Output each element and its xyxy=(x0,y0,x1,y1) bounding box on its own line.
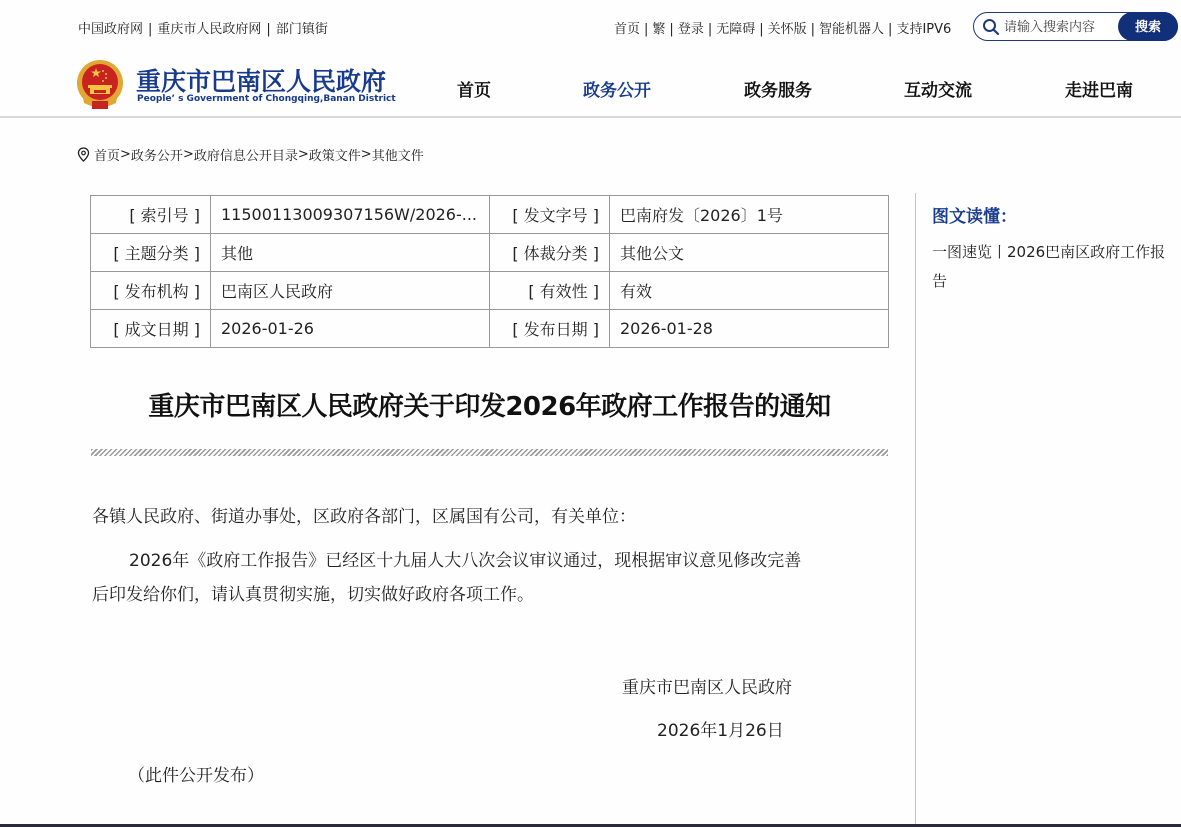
search-box: 搜索 xyxy=(973,12,1178,41)
breadcrumb-separator: > xyxy=(183,147,194,162)
written-date-label: [ 成文日期 ] xyxy=(91,310,211,348)
link-home[interactable]: 首页 xyxy=(614,22,640,37)
breadcrumb-info-catalog[interactable]: 政府信息公开目录 xyxy=(194,145,298,164)
validity-value: 有效 xyxy=(610,272,889,310)
publisher-label: [ 发布机构 ] xyxy=(91,272,211,310)
document-paragraph-line-1: 2026年《政府工作报告》已经区十九届人大八次会议审议通过，现根据审议意见修改完… xyxy=(129,544,801,578)
nav-interaction[interactable]: 互动交流 xyxy=(904,76,972,101)
table-row: [ 成文日期 ] 2026-01-26 [ 发布日期 ] 2026-01-28 xyxy=(91,310,889,348)
table-row: [ 主题分类 ] 其他 [ 体裁分类 ] 其他公文 xyxy=(91,234,889,272)
sidebar-divider xyxy=(915,193,916,827)
publish-date-value: 2026-01-28 xyxy=(610,310,889,348)
document-salutation: 各镇人民政府、街道办事处，区政府各部门，区属国有公司，有关单位： xyxy=(92,500,636,534)
search-input[interactable] xyxy=(1004,17,1114,37)
table-row: [ 发布机构 ] 巴南区人民政府 [ 有效性 ] 有效 xyxy=(91,272,889,310)
document-title: 重庆市巴南区人民政府关于印发2026年政府工作报告的通知 xyxy=(90,386,889,423)
breadcrumb-separator: > xyxy=(361,147,372,162)
separator: | xyxy=(644,22,648,37)
breadcrumb: 首页>政务公开>政府信息公开目录>政策文件>其他文件 xyxy=(77,145,424,164)
document-metadata-table: [ 索引号 ] 11500113009307156W/2026-... [ 发文… xyxy=(90,195,889,348)
written-date-value: 2026-01-26 xyxy=(211,310,490,348)
genre-category-value: 其他公文 xyxy=(610,234,889,272)
doc-number-label: [ 发文字号 ] xyxy=(490,196,610,234)
link-traditional[interactable]: 繁 xyxy=(652,22,665,37)
location-pin-icon xyxy=(77,147,90,162)
external-links: 中国政府网|重庆市人民政府网|部门镇街 xyxy=(78,18,328,37)
nav-gov-affairs-open[interactable]: 政务公开 xyxy=(583,76,651,101)
link-robot[interactable]: 智能机器人 xyxy=(819,22,884,37)
breadcrumb-policy-docs[interactable]: 政策文件 xyxy=(309,145,361,164)
document-paragraph-line-2: 后印发给你们，请认真贯彻实施，切实做好政府各项工作。 xyxy=(92,578,534,612)
separator: | xyxy=(888,22,892,37)
table-row: [ 索引号 ] 11500113009307156W/2026-... [ 发文… xyxy=(91,196,889,234)
separator: | xyxy=(811,22,815,37)
hatched-divider xyxy=(91,449,888,456)
link-elderly-mode[interactable]: 关怀版 xyxy=(768,22,807,37)
breadcrumb-gov-open[interactable]: 政务公开 xyxy=(131,145,183,164)
breadcrumb-separator: > xyxy=(120,147,131,162)
breadcrumb-other-docs[interactable]: 其他文件 xyxy=(372,145,424,164)
publisher-value: 巴南区人民政府 xyxy=(211,272,490,310)
search-button[interactable]: 搜索 xyxy=(1118,12,1178,41)
publication-note: （此件公开发布） xyxy=(128,761,264,786)
separator: | xyxy=(708,22,712,37)
nav-home[interactable]: 首页 xyxy=(457,76,491,101)
document-date: 2026年1月26日 xyxy=(657,716,784,741)
link-accessibility[interactable]: 无障碍 xyxy=(716,22,755,37)
genre-category-label: [ 体裁分类 ] xyxy=(490,234,610,272)
national-emblem-icon[interactable] xyxy=(76,59,124,111)
breadcrumb-home[interactable]: 首页 xyxy=(94,145,120,164)
site-subtitle: People’ s Government of Chongqing,Banan … xyxy=(137,94,396,104)
validity-label: [ 有效性 ] xyxy=(490,272,610,310)
search-icon xyxy=(982,18,1000,36)
site-header: 重庆市巴南区人民政府 People’ s Government of Chong… xyxy=(0,52,1181,118)
separator: | xyxy=(669,22,673,37)
top-bar: 中国政府网|重庆市人民政府网|部门镇街 首页|繁|登录|无障碍|关怀版|智能机器… xyxy=(0,0,1181,52)
publish-date-label: [ 发布日期 ] xyxy=(490,310,610,348)
sidebar-link-infographic[interactable]: 一图速览丨2026巴南区政府工作报告 xyxy=(932,238,1172,296)
link-departments[interactable]: 部门镇街 xyxy=(276,22,328,37)
site-title[interactable]: 重庆市巴南区人民政府 xyxy=(136,62,386,98)
separator: | xyxy=(759,22,763,37)
link-china-gov[interactable]: 中国政府网 xyxy=(78,22,143,37)
link-chongqing-gov[interactable]: 重庆市人民政府网 xyxy=(157,22,261,37)
document-signature: 重庆市巴南区人民政府 xyxy=(622,673,792,698)
nav-gov-services[interactable]: 政务服务 xyxy=(744,76,812,101)
utility-links: 首页|繁|登录|无障碍|关怀版|智能机器人|支持IPV6 xyxy=(614,18,951,37)
nav-about-banan[interactable]: 走进巴南 xyxy=(1065,76,1133,101)
link-login[interactable]: 登录 xyxy=(678,22,704,37)
topic-category-label: [ 主题分类 ] xyxy=(91,234,211,272)
separator: | xyxy=(148,22,152,37)
doc-number-value: 巴南府发〔2026〕1号 xyxy=(610,196,889,234)
separator: | xyxy=(266,22,270,37)
topic-category-value: 其他 xyxy=(211,234,490,272)
sidebar-title: 图文读懂： xyxy=(932,202,1017,227)
link-ipv6[interactable]: 支持IPV6 xyxy=(896,22,951,37)
breadcrumb-separator: > xyxy=(298,147,309,162)
index-number-label: [ 索引号 ] xyxy=(91,196,211,234)
index-number-value: 11500113009307156W/2026-... xyxy=(211,196,490,234)
